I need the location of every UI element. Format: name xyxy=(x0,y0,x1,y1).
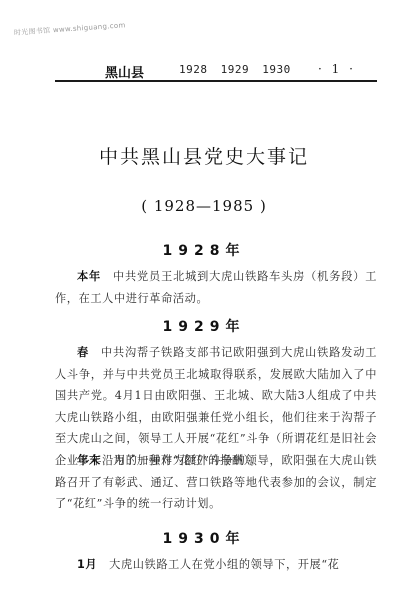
header-rule xyxy=(55,80,377,82)
running-head-county: 黑山县 xyxy=(105,62,144,81)
entry-text: 中共沟帮子铁路支部书记欧阳强到大虎山铁路发动工人斗争，并与中共党员王北城取得联系… xyxy=(55,346,377,467)
entry-lead: 年末 xyxy=(77,454,101,467)
document-subtitle: ( 1928—1985 ) xyxy=(0,197,408,215)
entry-text: 中共党员王北城到大虎山铁路车头房（机务段）工作，在工人中进行革命活动。 xyxy=(55,270,377,305)
running-head: 黑山县 1928 1929 1930 · 1 · xyxy=(55,58,377,82)
entry-1930-january: 1月大虎山铁路工人在党小组的领导下，开展“花 xyxy=(55,554,377,576)
year-heading-1928: 1928年 xyxy=(0,240,408,260)
year-heading-1929: 1929年 xyxy=(0,316,408,336)
entry-text: 为了加强对“花红”斗争的领导，欧阳强在大虎山铁路召开了有彰武、通辽、营口铁路等地… xyxy=(55,454,377,510)
entry-1929-year-end: 年末为了加强对“花红”斗争的领导，欧阳强在大虎山铁路召开了有彰武、通辽、营口铁路… xyxy=(55,450,377,515)
running-head-years: 1928 1929 1930 xyxy=(179,63,291,76)
year-heading-1930: 1930年 xyxy=(0,528,408,548)
entry-lead: 春 xyxy=(77,346,89,359)
entry-1928-year: 本年中共党员王北城到大虎山铁路车头房（机务段）工作，在工人中进行革命活动。 xyxy=(55,266,377,309)
entry-lead: 1月 xyxy=(77,558,97,571)
document-title: 中共黑山县党史大事记 xyxy=(0,142,408,169)
watermark: 时光图书馆 www.shiguang.com xyxy=(14,20,126,38)
entry-text: 大虎山铁路工人在党小组的领导下，开展“花 xyxy=(109,558,339,571)
entry-lead: 本年 xyxy=(77,270,101,283)
page-number: · 1 · xyxy=(318,62,356,76)
